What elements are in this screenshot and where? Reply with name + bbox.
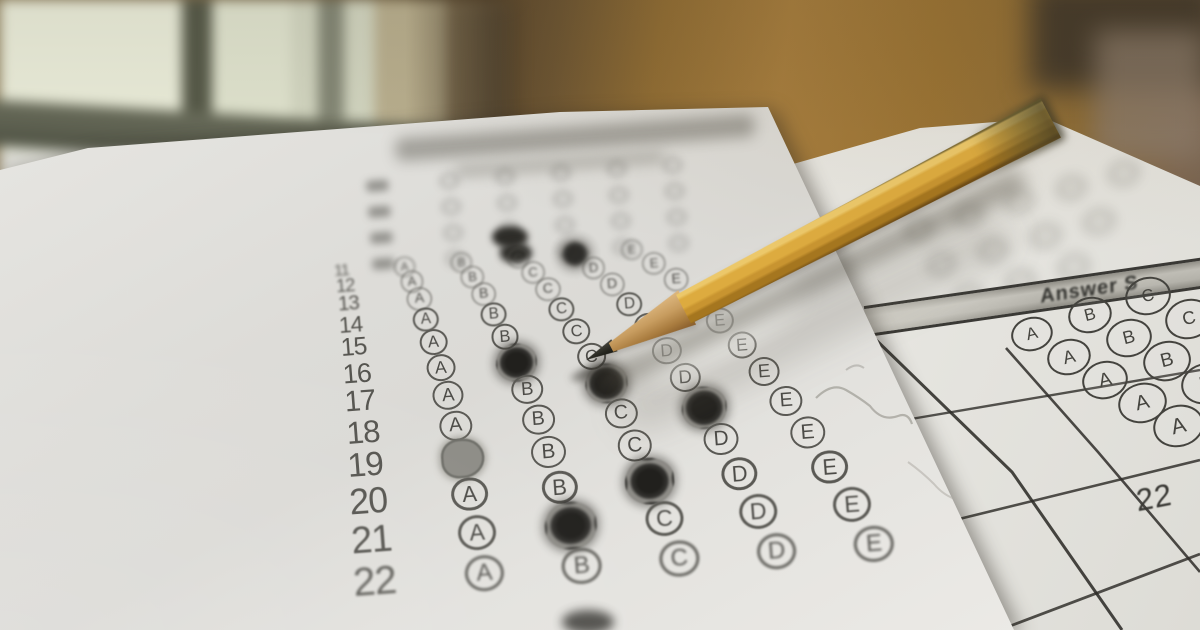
bubble-e: E: [853, 525, 895, 564]
bubble-b: B: [560, 546, 602, 585]
bubble-d: D: [738, 493, 779, 531]
bubble-e: E: [789, 415, 826, 450]
bubble-b: B: [520, 403, 555, 436]
bubble-d: D: [755, 532, 797, 571]
bubble-c: C: [644, 500, 685, 538]
photo-scantron-scene: Answer S ABCABCABCABCABC 22 11ABCDE12ABC…: [0, 0, 1200, 630]
bubble-e: E: [832, 486, 873, 524]
bubble-e: E: [768, 384, 803, 417]
bubble-a: A: [450, 476, 489, 512]
bubble-c: C: [658, 539, 700, 578]
bubble-d: D: [703, 422, 740, 457]
main-answer-sheet: 11ABCDE12ABCDE13ABCDE14ABCDE15ABCDE16ABC…: [0, 0, 1200, 630]
bubble-e: E: [811, 449, 850, 485]
question-number: 22: [351, 556, 408, 606]
bubble-b: B: [540, 469, 579, 505]
bubble-b: B: [510, 373, 543, 404]
bubble-b: B: [530, 435, 567, 470]
blurred-filled-bubble: [562, 610, 614, 630]
bubble-d: D: [721, 456, 760, 492]
blurred-sheet-title: [395, 113, 756, 161]
bubble-a: A: [463, 554, 505, 593]
bubble-a: A: [457, 514, 498, 552]
bubble-a: A: [431, 379, 464, 410]
bubble-a: A: [438, 409, 473, 442]
main-answer-sheet-wrap: 11ABCDE12ABCDE13ABCDE14ABCDE15ABCDE16ABC…: [0, 0, 1200, 630]
